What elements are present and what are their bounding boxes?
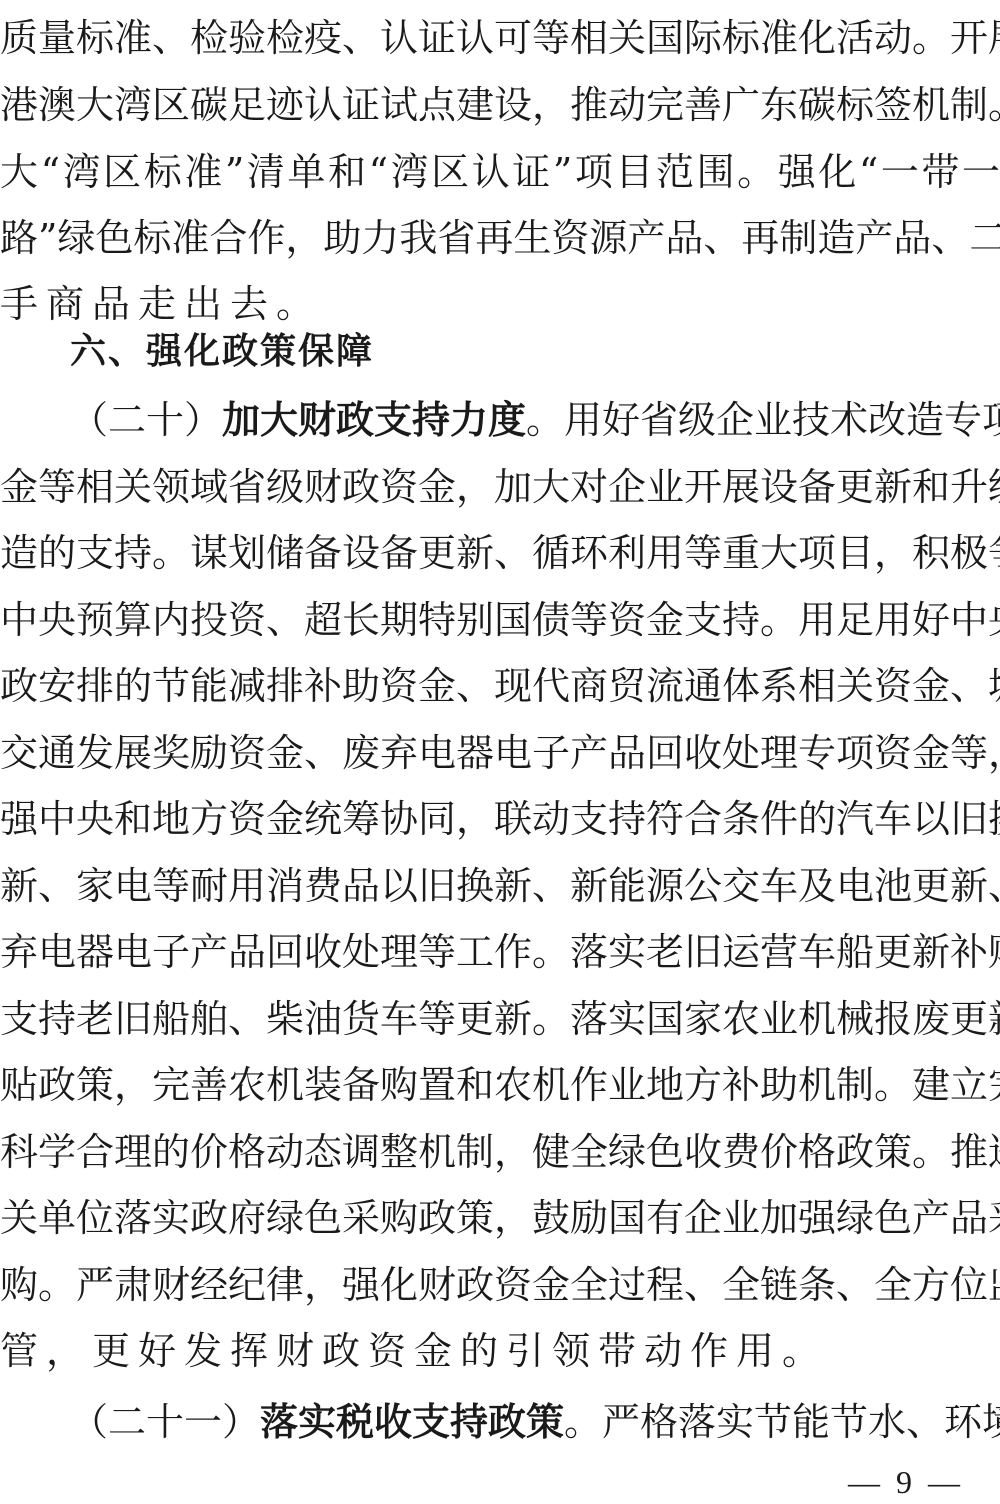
page-number: — 9 — [848,1462,964,1502]
item-21-number: （二十一） [70,1400,260,1444]
item-20-first-line: （二十）加大财政支持力度。用好省级企业技术改造专项资 [70,390,1000,450]
paragraph-line: 管，更好发挥财政资金的引领带动作用。 [0,1321,1000,1381]
paragraph-line: 政安排的节能减排补助资金、现代商贸流通体系相关资金、城市 [0,656,1000,716]
paragraph-line: 弃电器电子产品回收处理等工作。落实老旧运营车船更新补贴， [0,922,1000,982]
paragraph-line: 强中央和地方资金统筹协同，联动支持符合条件的汽车以旧换 [0,789,1000,849]
item-21-title: 落实税收支持政策 [260,1399,564,1444]
paragraph-line: 关单位落实政府绿色采购政策，鼓励国有企业加强绿色产品采 [0,1188,1000,1248]
paragraph-line: 支持老旧船舶、柴油货车等更新。落实国家农业机械报废更新补 [0,989,1000,1049]
paragraph-line: 路”绿色标准合作，助力我省再生资源产品、再制造产品、二 [0,208,1000,268]
item-21-first-line-text: 。严格落实节能节水、环境保 [564,1400,1000,1444]
item-20-first-line-text: 。用好省级企业技术改造专项资 [526,398,1000,442]
section-heading: 六、强化政策保障 [70,322,374,382]
paragraph-line: 新、家电等耐用消费品以旧换新、新能源公交车及电池更新、废 [0,856,1000,916]
paragraph-line: 中央预算内投资、超长期特别国债等资金支持。用足用好中央财 [0,590,1000,650]
item-20-number: （二十） [70,398,222,442]
document-page: 质量标准、检验检疫、认证认可等相关国际标准化活动。开展粤 港澳大湾区碳足迹认证试… [0,0,1000,1504]
paragraph-line: 造的支持。谋划储备设备更新、循环利用等重大项目，积极争取 [0,523,1000,583]
paragraph-line: 贴政策，完善农机装备购置和农机作业地方补助机制。建立完善 [0,1055,1000,1115]
item-20-title: 加大财政支持力度 [222,397,526,442]
paragraph-line: 质量标准、检验检疫、认证认可等相关国际标准化活动。开展粤 [0,8,1000,68]
paragraph-line: 交通发展奖励资金、废弃电器电子产品回收处理专项资金等，加 [0,723,1000,783]
paragraph-line: 购。严肃财经纪律，强化财政资金全过程、全链条、全方位监 [0,1255,1000,1315]
paragraph-line: 科学合理的价格动态调整机制，健全绿色收费价格政策。推进机 [0,1122,1000,1182]
item-21-first-line: （二十一）落实税收支持政策。严格落实节能节水、环境保 [70,1392,1000,1452]
paragraph-line: 港澳大湾区碳足迹认证试点建设，推动完善广东碳标签机制。扩 [0,75,1000,135]
paragraph-line: 大“湾区标准”清单和“湾区认证”项目范围。强化“一带一 [0,142,1000,202]
paragraph-line: 金等相关领域省级财政资金，加大对企业开展设备更新和升级改 [0,457,1000,517]
